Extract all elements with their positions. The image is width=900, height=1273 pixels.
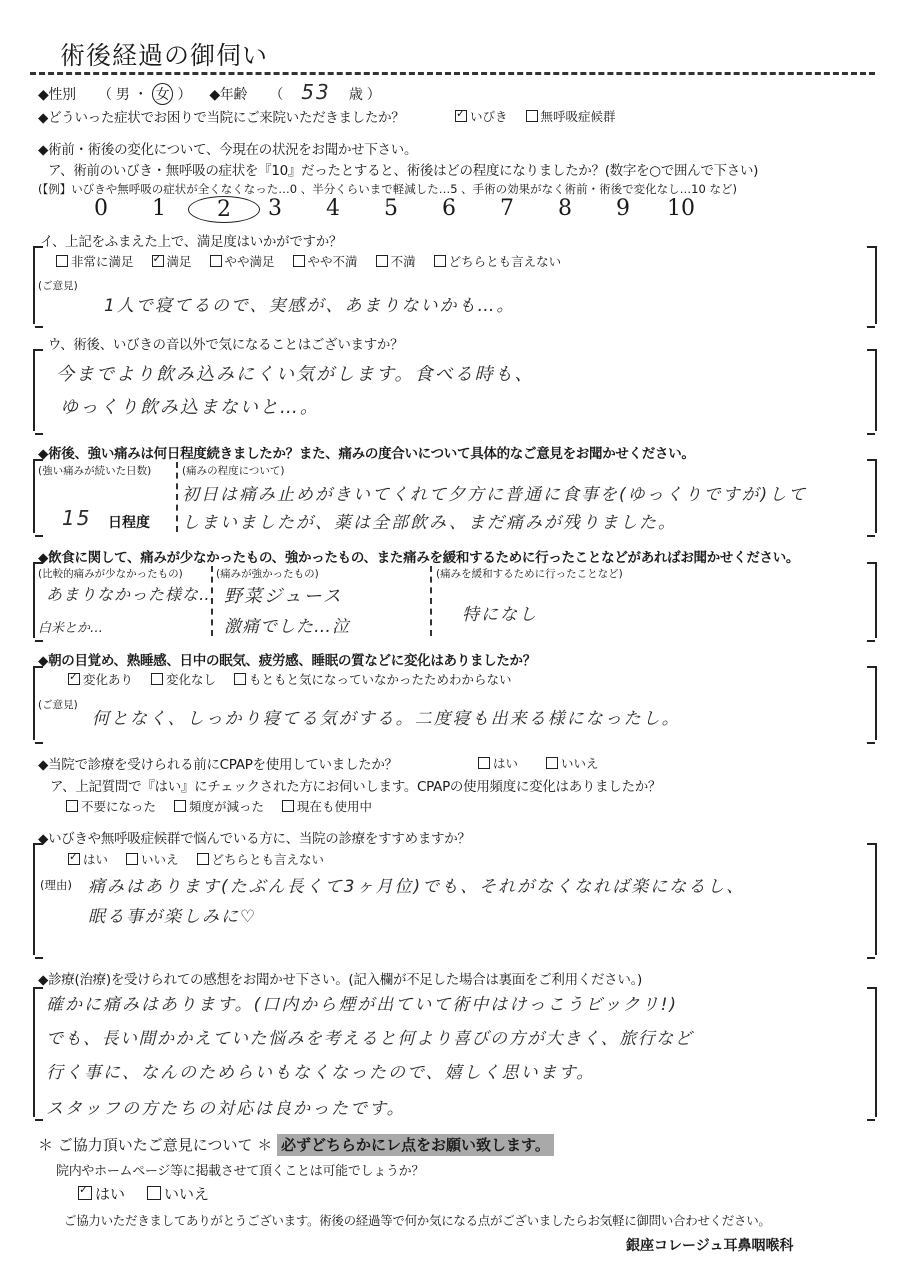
- scale-1[interactable]: 1: [130, 196, 188, 223]
- checkbox-icon[interactable]: [434, 255, 446, 267]
- diet-less-line-1[interactable]: あまりなかった様な…: [46, 582, 216, 605]
- clinic-name: 銀座コレージュ耳鼻咽喉科: [626, 1235, 793, 1255]
- checkbox-icon[interactable]: [152, 255, 164, 267]
- diet-less-label: (比較的痛みが少なかったもの): [38, 566, 183, 581]
- checkbox-icon[interactable]: [68, 673, 80, 685]
- consent-heading: ＊ ご協力頂いたご意見について ＊ 必ずどちらかにレ点をお願い致します。: [38, 1134, 554, 1155]
- other-concerns-line-2[interactable]: ゆっくり飲み込まないと…。: [60, 393, 320, 419]
- recommend-option-yes[interactable]: はい: [68, 850, 108, 868]
- checkbox-icon[interactable]: [174, 800, 186, 812]
- symptom-scale: 0 1 2 3 4 5 6 7 8 9 10: [72, 196, 710, 223]
- satisfaction-option[interactable]: 満足: [152, 252, 192, 270]
- checkbox-icon[interactable]: [78, 1186, 92, 1200]
- cpap-sub-option[interactable]: 頻度が減った: [174, 797, 264, 815]
- recommend-reason-line-2[interactable]: 眠る事が楽しみに♡: [88, 902, 257, 927]
- recommend-reason-line-1[interactable]: 痛みはあります(たぶん長くて3ヶ月位)でも、それがなくなれば楽になるし、: [88, 872, 745, 897]
- title-divider: [30, 72, 875, 75]
- sleep-option[interactable]: 変化なし: [151, 670, 216, 688]
- change-question: ◆術前・術後の変化について、今現在の状況をお聞かせ下さい。: [38, 138, 417, 158]
- consent-option-yes[interactable]: はい: [78, 1183, 125, 1204]
- recommend-option-no[interactable]: いいえ: [126, 850, 179, 868]
- checkbox-icon[interactable]: [293, 255, 305, 267]
- checkbox-icon[interactable]: [376, 255, 388, 267]
- checkbox-icon[interactable]: [546, 757, 558, 769]
- sleep-option[interactable]: もともと気になっていなかったためわからない: [234, 670, 512, 688]
- cpap-sub-options: 不要になった 頻度が減った 現在も使用中: [66, 797, 372, 815]
- satisfaction-option[interactable]: どちらとも言えない: [434, 252, 562, 270]
- satisfaction-option[interactable]: 非常に満足: [56, 252, 134, 270]
- scale-4[interactable]: 4: [304, 196, 362, 223]
- scale-0[interactable]: 0: [72, 196, 130, 223]
- sleep-options: 変化あり 変化なし もともと気になっていなかったためわからない: [68, 670, 512, 688]
- checkbox-icon[interactable]: [478, 757, 490, 769]
- checkbox-icon[interactable]: [151, 673, 163, 685]
- recommend-options: はい いいえ どちらとも言えない: [68, 850, 324, 868]
- pain-degree-line-2[interactable]: しまいましたが、薬は全部飲み、まだ痛みが残りました。: [182, 508, 677, 533]
- pain-degree-label: (痛みの程度について): [182, 463, 284, 478]
- checkbox-icon[interactable]: [210, 255, 222, 267]
- impressions-line-3[interactable]: 行く事に、なんのためらいもなくなったので、嬉しく思います。: [46, 1058, 595, 1083]
- cpap-option-yes[interactable]: はい: [478, 754, 518, 772]
- symptom-option-apnea[interactable]: 無呼吸症候群: [526, 107, 616, 125]
- sleep-option[interactable]: 変化あり: [68, 670, 133, 688]
- diet-less-line-2[interactable]: 白米とか…: [38, 617, 103, 636]
- pain-days-label: (強い痛みが続いた日数): [38, 463, 151, 478]
- checkbox-icon[interactable]: [56, 255, 68, 267]
- cpap-sub-option[interactable]: 不要になった: [66, 797, 156, 815]
- impressions-line-1[interactable]: 確かに痛みはあります。(口内から煙が出ていて術中はけっこうビックリ!): [46, 990, 678, 1015]
- checkbox-icon[interactable]: [197, 853, 209, 865]
- diet-strong-label: (痛みが強かったもの): [216, 566, 319, 581]
- age-value[interactable]: 53: [301, 80, 330, 104]
- cpap-sub-a: ア、上記質問で『はい』にチェックされた方にお伺いします。CPAPの使用頻度に変化…: [50, 775, 661, 795]
- page-title: 術後経過の御伺い: [60, 36, 268, 72]
- consent-thanks: ご協力いただきましてありがとうございます。術後の経過等で何か気になる点がございま…: [64, 1211, 771, 1229]
- satisfaction-option[interactable]: やや満足: [210, 252, 275, 270]
- consent-option-no[interactable]: いいえ: [147, 1183, 209, 1204]
- consent-heading-highlight: 必ずどちらかにレ点をお願い致します。: [277, 1134, 554, 1156]
- recommend-option-neutral[interactable]: どちらとも言えない: [197, 850, 325, 868]
- checkbox-icon[interactable]: [455, 110, 467, 122]
- cpap-sub-option[interactable]: 現在も使用中: [282, 797, 372, 815]
- diet-relief-label: (痛みを緩和するために行ったことなど): [436, 566, 623, 581]
- pain-days-value[interactable]: 15: [62, 506, 91, 530]
- scale-5[interactable]: 5: [362, 196, 420, 223]
- checkbox-icon[interactable]: [68, 853, 80, 865]
- diet-strong-line-2[interactable]: 激痛でした…泣: [224, 612, 350, 637]
- satisfaction-options: 非常に満足 満足 やや満足 やや不満 不満 どちらとも言えない: [56, 252, 561, 270]
- impressions-line-2[interactable]: でも、長い間かかえていた悩みを考えると何より喜びの方が大きく、旅行など: [46, 1024, 693, 1049]
- other-concerns-line-1[interactable]: 今までより飲み込みにくい気がします。食べる時も、: [56, 360, 535, 386]
- pain-days-unit: 日程度: [108, 512, 150, 532]
- checkbox-icon[interactable]: [234, 673, 246, 685]
- checkbox-icon[interactable]: [66, 800, 78, 812]
- symptom-option-snoring[interactable]: いびき: [455, 107, 508, 125]
- cpap-question: ◆当院で診療を受けられる前にCPAPを使用していましたか？: [38, 753, 398, 773]
- scale-9[interactable]: 9: [594, 196, 652, 223]
- sex-label: ◆性別: [38, 87, 76, 103]
- cpap-option-no[interactable]: いいえ: [546, 754, 599, 772]
- satisfaction-option[interactable]: やや不満: [293, 252, 358, 270]
- checkbox-icon[interactable]: [526, 110, 538, 122]
- scale-10[interactable]: 10: [652, 196, 710, 223]
- sleep-opinion-label: (ご意見): [38, 697, 78, 712]
- symptoms-question: ◆どういった症状でお困りで当院にご来院いただきましたか？: [38, 106, 404, 126]
- checkbox-icon[interactable]: [147, 1186, 161, 1200]
- checkbox-icon[interactable]: [126, 853, 138, 865]
- scale-2[interactable]: 2: [188, 196, 246, 223]
- satisfaction-option[interactable]: 不満: [376, 252, 416, 270]
- consent-heading-prefix: ＊ ご協力頂いたご意見について ＊: [38, 1136, 272, 1154]
- diet-divider-2: [430, 566, 432, 636]
- scale-7[interactable]: 7: [478, 196, 536, 223]
- sleep-opinion[interactable]: 何となく、しっかり寝てる気がする。二度寝も出来る様になったし。: [92, 704, 681, 729]
- diet-strong-line-1[interactable]: 野菜ジュース: [224, 582, 343, 608]
- age-unit: 歳: [349, 87, 363, 103]
- change-example: (【例】いびきや無呼吸の症状が全くなくなった…0 、半分くらいまで軽減した…5 …: [38, 181, 737, 197]
- cpap-options: はい いいえ: [478, 754, 599, 772]
- scale-8[interactable]: 8: [536, 196, 594, 223]
- impressions-line-4[interactable]: スタッフの方たちの対応は良かったです。: [46, 1094, 406, 1119]
- sex-option-female[interactable]: 女: [152, 83, 174, 105]
- consent-options: はい いいえ: [78, 1183, 209, 1204]
- profile-row: ◆性別 （ 男 ・ 女 ） ◆年齢 （ 53 歳 ）: [38, 80, 380, 105]
- pain-divider: [176, 462, 178, 532]
- sex-option-male[interactable]: 男: [116, 87, 130, 103]
- pain-degree-line-1[interactable]: 初日は痛み止めがきいてくれて夕方に普通に食事を(ゆっくりですが)して: [182, 480, 807, 505]
- satisfaction-opinion[interactable]: 1人で寝てるので、実感が、あまりないかも…。: [104, 291, 515, 316]
- scale-6[interactable]: 6: [420, 196, 478, 223]
- consent-question: 院内やホームページ等に掲載させて頂くことは可能でしょうか？: [56, 1160, 424, 1179]
- diet-relief-value[interactable]: 特になし: [462, 600, 538, 625]
- change-sub-a: ア、術前のいびき・無呼吸の症状を『10』だったとすると、術後はどの程度になりまし…: [48, 159, 758, 179]
- symptoms-options: いびき 無呼吸症候群: [455, 107, 616, 125]
- recommend-reason-label: (理由): [40, 877, 72, 893]
- scale-3[interactable]: 3: [246, 196, 304, 223]
- satisfaction-opinion-label: (ご意見): [38, 278, 78, 293]
- impressions-question: ◆診療(治療)を受けられての感想をお聞かせ下さい。(記入欄が不足した場合は裏面を…: [38, 968, 642, 988]
- age-label: ◆年齢: [209, 87, 247, 103]
- checkbox-icon[interactable]: [282, 800, 294, 812]
